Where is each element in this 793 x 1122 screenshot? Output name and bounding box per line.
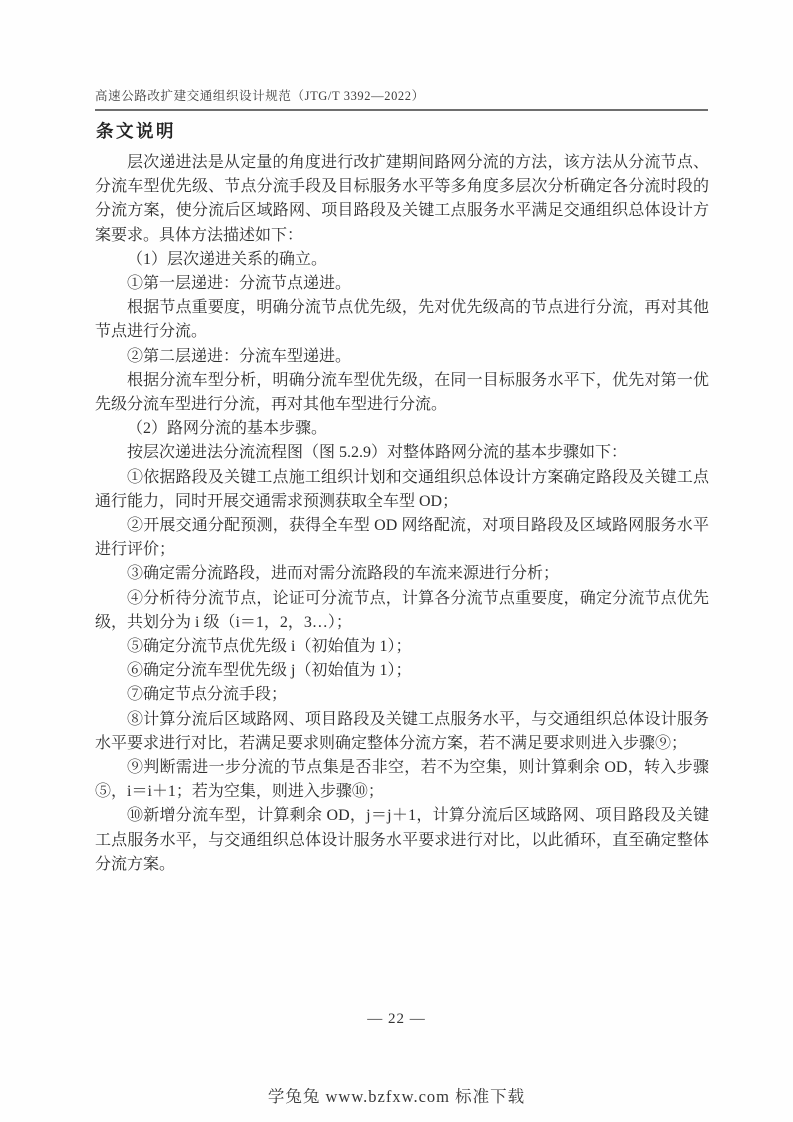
body-paragraph: ①第一层递进：分流节点递进。 xyxy=(95,272,709,296)
body-paragraph: 根据节点重要度，明确分流节点优先级，先对优先级高的节点进行分流，再对其他节点进行… xyxy=(95,296,709,344)
body-paragraph: 层次递进法是从定量的角度进行改扩建期间路网分流的方法，该方法从分流节点、分流车型… xyxy=(95,151,709,248)
body-paragraph: ①依据路段及关键工点施工组织计划和交通组织总体设计方案确定路段及关键工点通行能力… xyxy=(95,466,709,514)
body-paragraph: ②第二层递进：分流车型递进。 xyxy=(95,345,709,369)
body-paragraph: ③确定需分流路段，进而对需分流路段的车流来源进行分析； xyxy=(95,562,709,586)
body-paragraph: ⑧计算分流后区域路网、项目路段及关键工点服务水平，与交通组织总体设计服务水平要求… xyxy=(95,708,709,756)
body-paragraph: ⑤确定分流节点优先级 i（初始值为 1）； xyxy=(95,635,709,659)
body-paragraph: ⑦确定节点分流手段； xyxy=(95,683,709,707)
header-rule xyxy=(95,109,708,111)
body-paragraph: ⑩新增分流车型，计算剩余 OD，j＝j＋1，计算分流后区域路网、项目路段及关键工… xyxy=(95,804,709,877)
body-paragraph: 根据分流车型分析，明确分流车型优先级，在同一目标服务水平下，优先对第一优先级分流… xyxy=(95,369,709,417)
running-header-title: 高速公路改扩建交通组织设计规范（JTG/T 3392—2022） xyxy=(95,86,708,104)
document-page: 高速公路改扩建交通组织设计规范（JTG/T 3392—2022） 条文说明 层次… xyxy=(0,0,793,1122)
body-paragraph: （2）路网分流的基本步骤。 xyxy=(95,417,709,441)
body-paragraph: ④分析待分流节点，论证可分流节点，计算各分流节点重要度，确定分流节点优先级，共划… xyxy=(95,587,709,635)
body-paragraph: 按层次递进法分流流程图（图 5.2.9）对整体路网分流的基本步骤如下： xyxy=(95,441,709,465)
body-text-block: 层次递进法是从定量的角度进行改扩建期间路网分流的方法，该方法从分流节点、分流车型… xyxy=(95,151,709,877)
body-paragraph: ⑨判断需进一步分流的节点集是否非空，若不为空集，则计算剩余 OD，转入步骤⑤，i… xyxy=(95,756,709,804)
section-heading: 条文说明 xyxy=(96,118,176,143)
body-paragraph: ⑥确定分流车型优先级 j（初始值为 1）； xyxy=(95,659,709,683)
body-paragraph: ②开展交通分配预测，获得全车型 OD 网络配流，对项目路段及区域路网服务水平进行… xyxy=(95,514,709,562)
watermark-text: 学兔兔 www.bzfxw.com 标准下载 xyxy=(0,1083,793,1107)
body-paragraph: （1）层次递进关系的确立。 xyxy=(95,248,709,272)
page-number: — 22 — xyxy=(0,1011,793,1028)
